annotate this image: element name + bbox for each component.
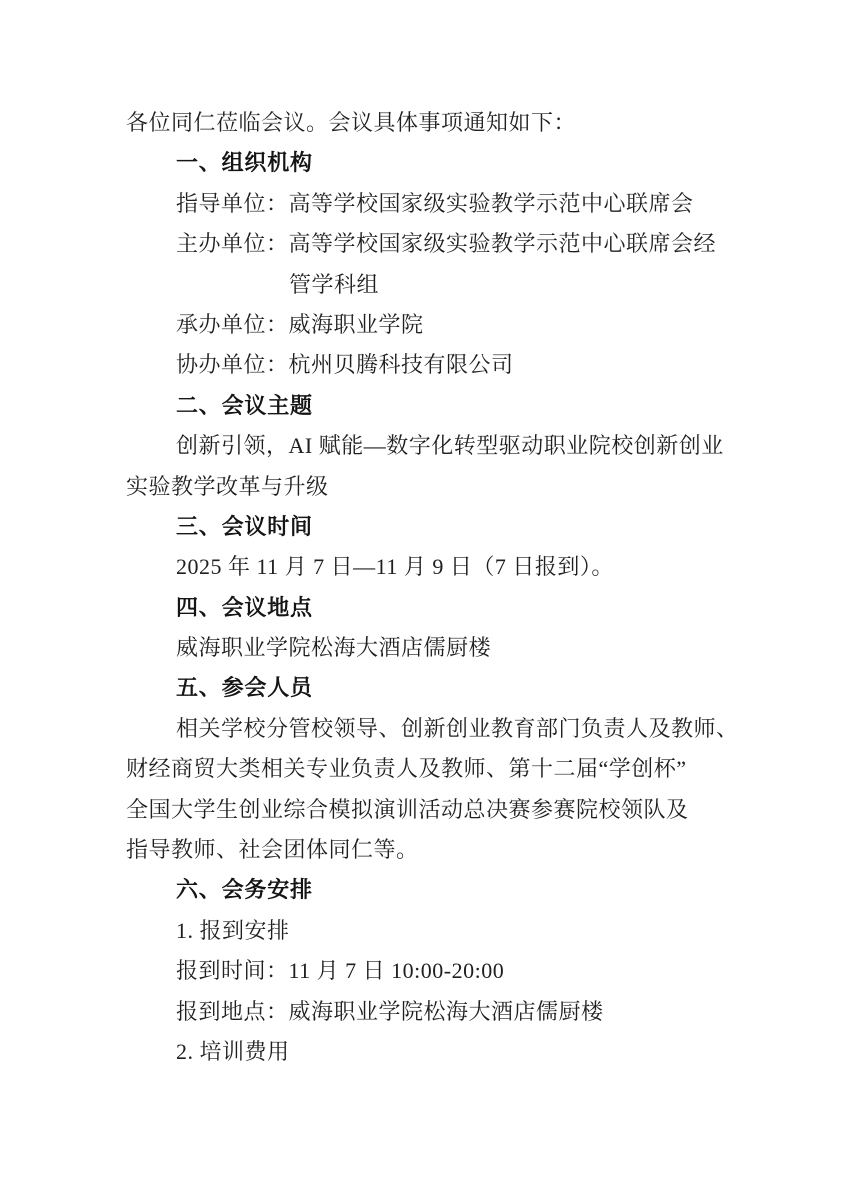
section-1-heading: 一、组织机构 <box>126 143 726 183</box>
guide-unit-line: 指导单位：高等学校国家级实验教学示范中心联席会 <box>126 184 726 224</box>
participants-line-1: 相关学校分管校领导、创新创业教育部门负责人及教师、 <box>126 709 726 749</box>
document-body: 各位同仁莅临会议。会议具体事项通知如下： 一、组织机构 指导单位：高等学校国家级… <box>126 103 726 1072</box>
participants-line-2: 财经商贸大类相关专业负责人及教师、第十二届“学创杯” <box>126 749 726 789</box>
section-4-heading: 四、会议地点 <box>126 588 726 628</box>
section-2-heading: 二、会议主题 <box>126 386 726 426</box>
meeting-time-line: 2025 年 11 月 7 日—11 月 9 日（7 日报到）。 <box>126 547 726 587</box>
registration-place-line: 报到地点：威海职业学院松海大酒店儒厨楼 <box>126 992 726 1032</box>
theme-line-1: 创新引领，AI 赋能—数字化转型驱动职业院校创新创业 <box>126 426 726 466</box>
intro-line: 各位同仁莅临会议。会议具体事项通知如下： <box>126 103 726 143</box>
meeting-location-line: 威海职业学院松海大酒店儒厨楼 <box>126 628 726 668</box>
host-unit-line: 主办单位：高等学校国家级实验教学示范中心联席会经 <box>126 224 726 264</box>
co-organizer-unit-line: 协办单位：杭州贝腾科技有限公司 <box>126 345 726 385</box>
registration-subheading-line: 1. 报到安排 <box>126 911 726 951</box>
section-5-heading: 五、参会人员 <box>126 668 726 708</box>
host-unit-continuation-line: 管学科组 <box>126 265 726 305</box>
registration-time-line: 报到时间：11 月 7 日 10:00-20:00 <box>126 951 726 991</box>
theme-line-2: 实验教学改革与升级 <box>126 467 726 507</box>
organizer-unit-line: 承办单位：威海职业学院 <box>126 305 726 345</box>
section-6-heading: 六、会务安排 <box>126 870 726 910</box>
document-page: 各位同仁莅临会议。会议具体事项通知如下： 一、组织机构 指导单位：高等学校国家级… <box>0 0 848 1200</box>
participants-line-3: 全国大学生创业综合模拟演训活动总决赛参赛院校领队及 <box>126 790 726 830</box>
fee-subheading-line: 2. 培训费用 <box>126 1032 726 1072</box>
section-3-heading: 三、会议时间 <box>126 507 726 547</box>
participants-line-4: 指导教师、社会团体同仁等。 <box>126 830 726 870</box>
